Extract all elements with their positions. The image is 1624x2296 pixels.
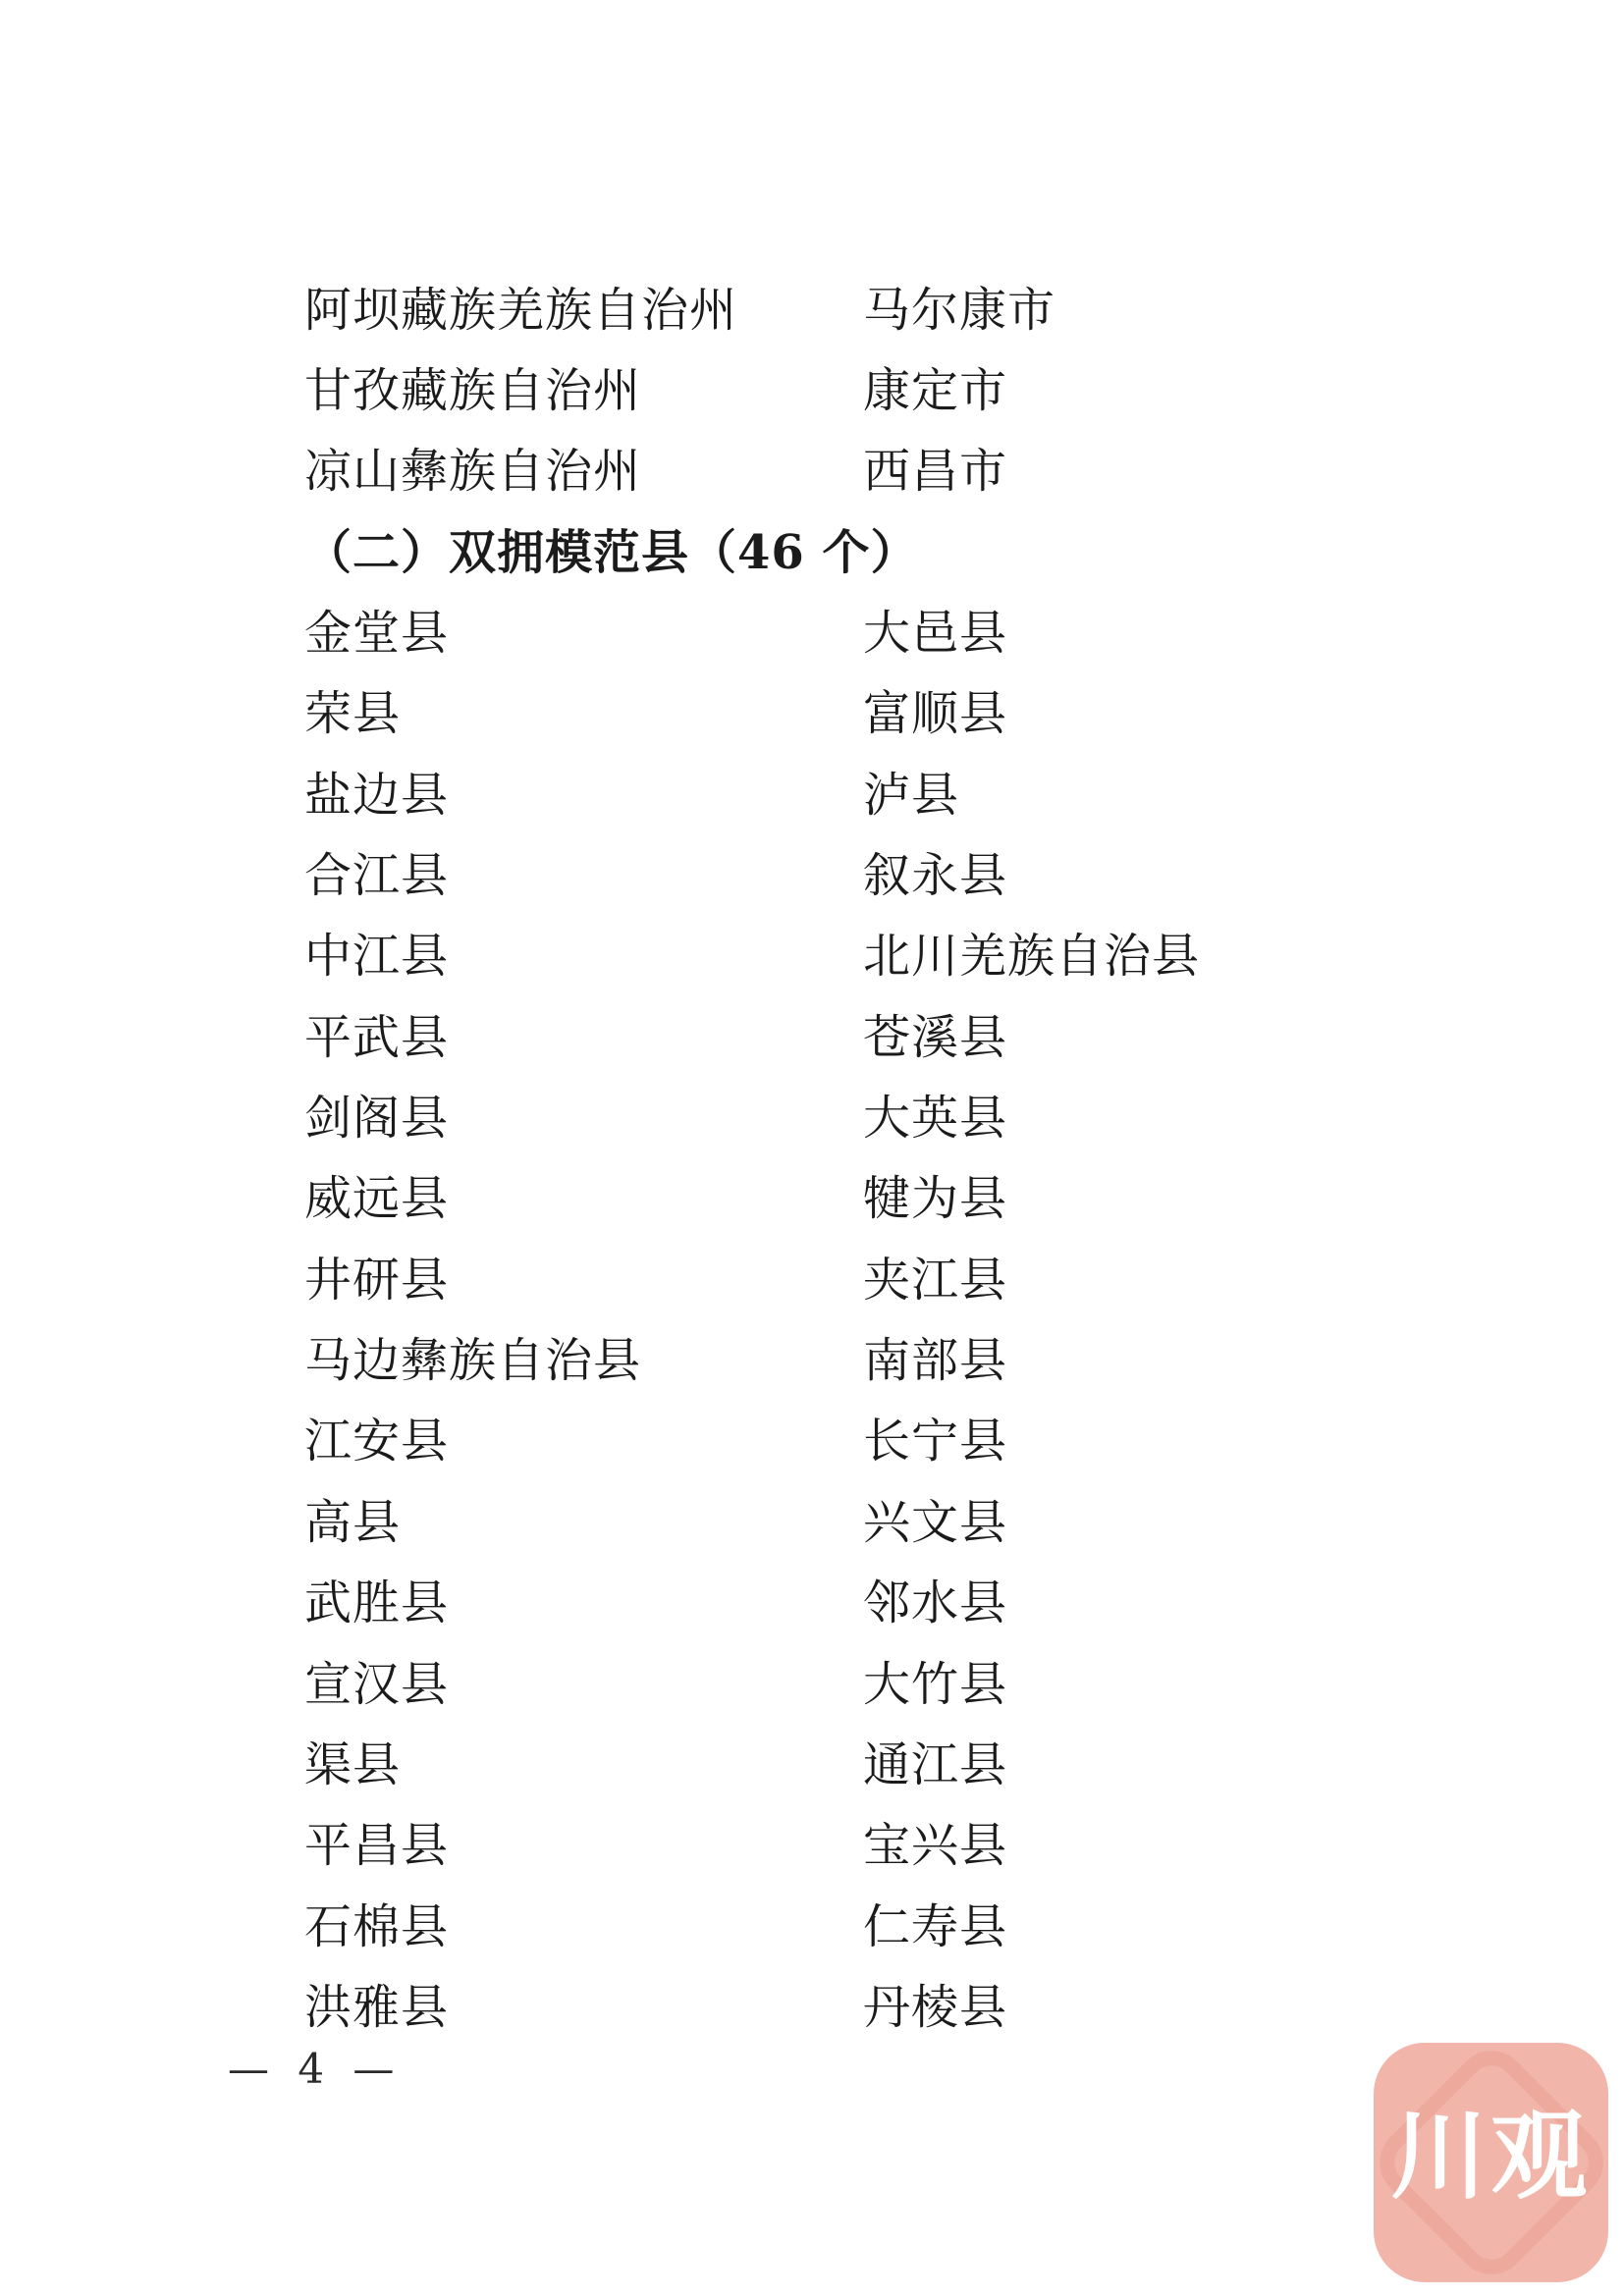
county-name-left: 渠县 <box>304 1727 863 1794</box>
county-name-right: 北川羌族自治县 <box>863 918 1200 986</box>
county-name-right: 犍为县 <box>863 1160 1007 1228</box>
list-row: 荣县 富顺县 <box>0 669 1624 750</box>
county-name-left: 威远县 <box>304 1160 863 1228</box>
list-row: 凉山彝族自治州 西昌市 <box>0 427 1624 507</box>
county-name-right: 长宁县 <box>863 1403 1007 1470</box>
city-name: 西昌市 <box>863 433 1007 501</box>
county-name-left: 平昌县 <box>304 1807 863 1875</box>
county-name-left: 中江县 <box>304 918 863 986</box>
list-row: 盐边县 泸县 <box>0 750 1624 830</box>
city-name: 马尔康市 <box>863 272 1056 340</box>
county-name-left: 剑阁县 <box>304 1080 863 1148</box>
county-name-right: 邻水县 <box>863 1565 1007 1632</box>
county-name-left: 盐边县 <box>304 757 863 825</box>
section-heading: （二）双拥模范县（46 个） <box>304 514 919 582</box>
prefecture-name: 凉山彝族自治州 <box>304 433 863 501</box>
list-row: 金堂县 大邑县 <box>0 588 1624 668</box>
county-name-right: 丹棱县 <box>863 1969 1007 2037</box>
city-name: 康定市 <box>863 352 1007 420</box>
county-name-right: 南部县 <box>863 1322 1007 1390</box>
list-row: 甘孜藏族自治州 康定市 <box>0 346 1624 426</box>
county-name-left: 宣汉县 <box>304 1646 863 1714</box>
county-name-left: 井研县 <box>304 1242 863 1309</box>
county-name-right: 仁寿县 <box>863 1889 1007 1956</box>
list-row: 宣汉县 大竹县 <box>0 1639 1624 1720</box>
section-heading-row: （二）双拥模范县（46 个） <box>0 507 1624 588</box>
list-row: 洪雅县 丹棱县 <box>0 1962 1624 2043</box>
prefecture-city-list: 阿坝藏族羌族自治州 马尔康市 甘孜藏族自治州 康定市 凉山彝族自治州 西昌市 <box>0 265 1624 507</box>
county-name-left: 合江县 <box>304 837 863 905</box>
county-name-left: 平武县 <box>304 999 863 1067</box>
list-row: 马边彝族自治县 南部县 <box>0 1315 1624 1396</box>
county-name-right: 兴文县 <box>863 1484 1007 1552</box>
county-name-right: 通江县 <box>863 1727 1007 1794</box>
county-name-left: 金堂县 <box>304 595 863 663</box>
county-name-left: 高县 <box>304 1484 863 1552</box>
county-name-right: 苍溪县 <box>863 999 1007 1067</box>
chuanguan-logo-text: 川观 <box>1390 2109 1591 2205</box>
county-name-left: 马边彝族自治县 <box>304 1322 863 1390</box>
county-name-right: 富顺县 <box>863 675 1007 743</box>
list-row: 武胜县 邻水县 <box>0 1559 1624 1639</box>
county-name-right: 泸县 <box>863 757 959 825</box>
county-name-right: 大邑县 <box>863 595 1007 663</box>
list-row: 中江县 北川羌族自治县 <box>0 912 1624 992</box>
list-row: 阿坝藏族羌族自治州 马尔康市 <box>0 265 1624 346</box>
county-name-left: 江安县 <box>304 1403 863 1470</box>
two-column-list: 阿坝藏族羌族自治州 马尔康市 甘孜藏族自治州 康定市 凉山彝族自治州 西昌市 （… <box>0 265 1624 2044</box>
prefecture-name: 甘孜藏族自治州 <box>304 352 863 420</box>
county-name-right: 宝兴县 <box>863 1807 1007 1875</box>
county-name-right: 大竹县 <box>863 1646 1007 1714</box>
list-row: 威远县 犍为县 <box>0 1154 1624 1235</box>
list-row: 石棉县 仁寿县 <box>0 1882 1624 1962</box>
list-row: 剑阁县 大英县 <box>0 1073 1624 1153</box>
list-row: 平昌县 宝兴县 <box>0 1801 1624 1882</box>
model-county-list: 金堂县 大邑县 荣县 富顺县 盐边县 泸县 合江县 叙永县 中江县 北川羌族自治… <box>0 588 1624 2043</box>
chuanguan-news-logo: 川观 <box>1374 2043 1608 2282</box>
county-name-left: 武胜县 <box>304 1565 863 1632</box>
county-name-left: 洪雅县 <box>304 1969 863 2037</box>
prefecture-name: 阿坝藏族羌族自治州 <box>304 272 863 340</box>
list-row: 渠县 通江县 <box>0 1720 1624 1800</box>
county-name-right: 叙永县 <box>863 837 1007 905</box>
page-number: — 4 — <box>228 2045 394 2093</box>
county-name-left: 荣县 <box>304 675 863 743</box>
county-name-right: 夹江县 <box>863 1242 1007 1309</box>
list-row: 井研县 夹江县 <box>0 1235 1624 1315</box>
list-row: 平武县 苍溪县 <box>0 992 1624 1073</box>
county-name-left: 石棉县 <box>304 1889 863 1956</box>
county-name-right: 大英县 <box>863 1080 1007 1148</box>
list-row: 江安县 长宁县 <box>0 1397 1624 1477</box>
list-row: 高县 兴文县 <box>0 1477 1624 1558</box>
document-page: 阿坝藏族羌族自治州 马尔康市 甘孜藏族自治州 康定市 凉山彝族自治州 西昌市 （… <box>0 0 1624 2296</box>
list-row: 合江县 叙永县 <box>0 830 1624 911</box>
